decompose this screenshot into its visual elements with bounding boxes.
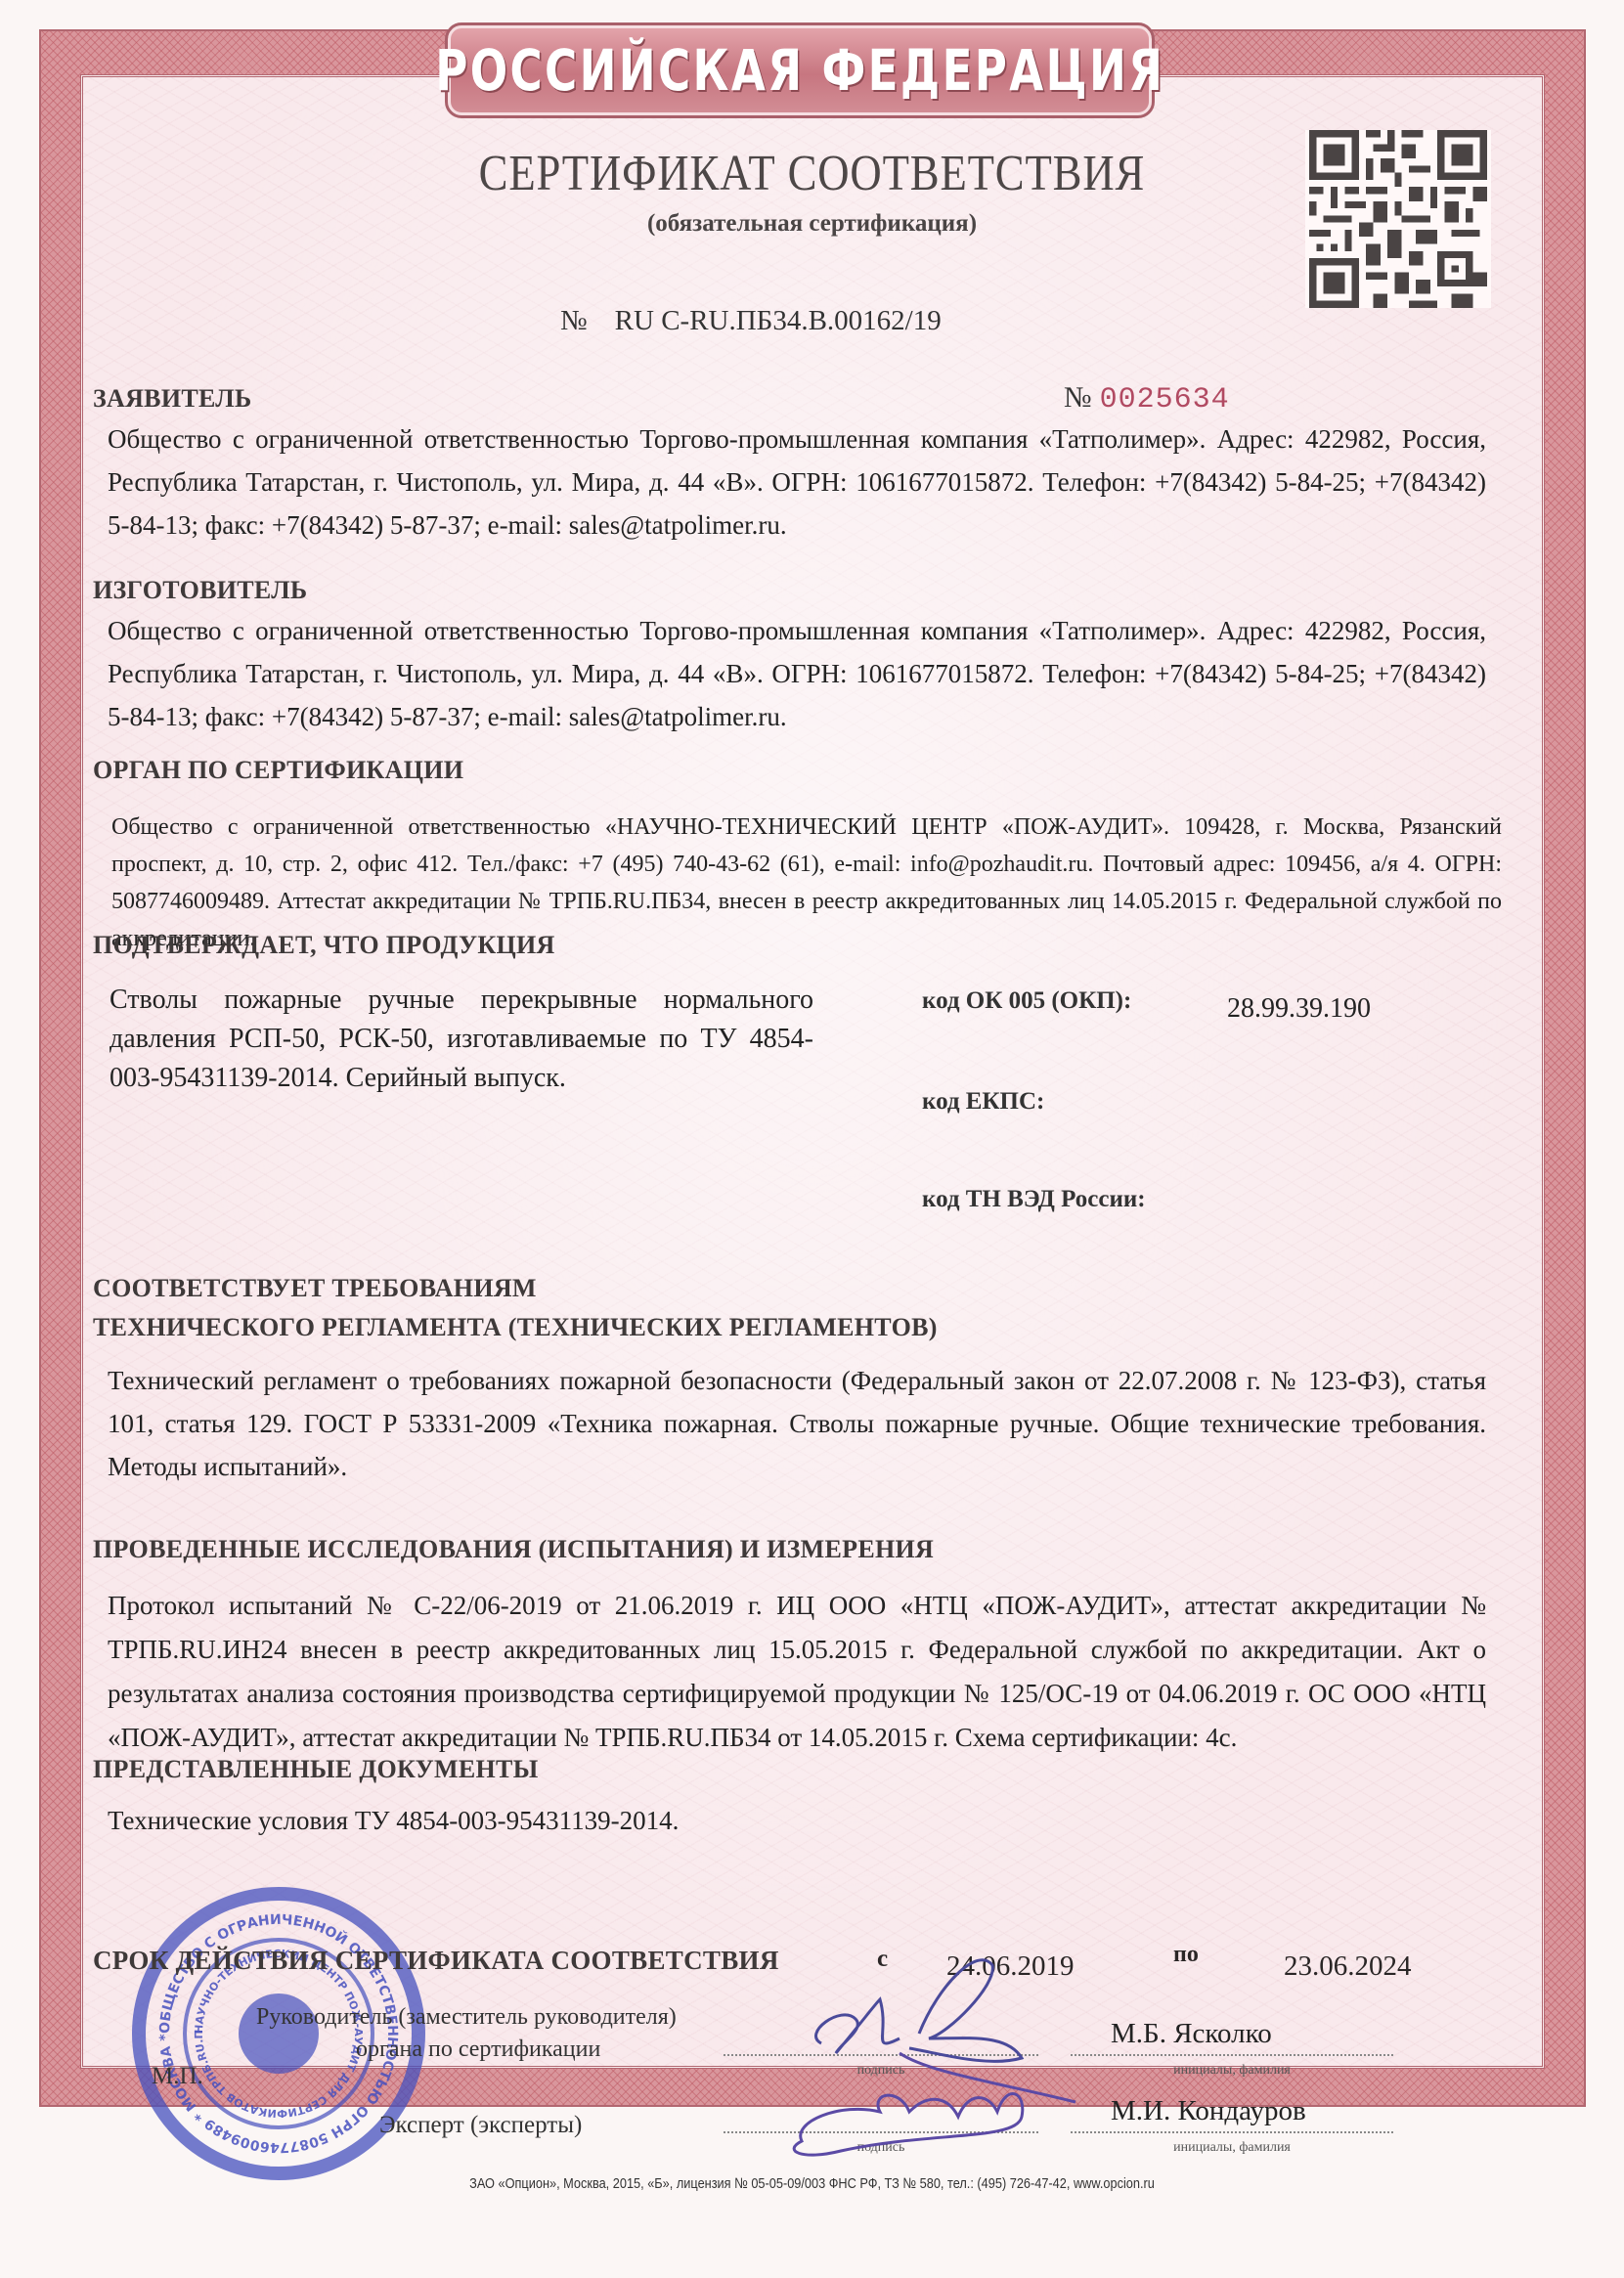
tests-heading: ПРОВЕДЕННЫЕ ИССЛЕДОВАНИЯ (ИСПЫТАНИЯ) И И… <box>93 1535 934 1564</box>
product-heading: ПОДТВЕРЖДАЕТ, ЧТО ПРОДУКЦИЯ <box>93 931 555 960</box>
number-sign: № <box>560 305 588 336</box>
handwritten-signatures-icon <box>782 1946 1095 2200</box>
blank-number: №0025634 <box>1064 381 1230 416</box>
manufacturer-details: Общество с ограниченной ответственностью… <box>108 609 1486 738</box>
qr-code-icon <box>1305 130 1491 308</box>
certificate-title: СЕРТИФИКАТ СООТВЕТСТВИЯ <box>113 145 1510 202</box>
expert-name-line <box>1071 2131 1393 2133</box>
requirements-heading-line2: ТЕХНИЧЕСКОГО РЕГЛАМЕНТА (ТЕХНИЧЕСКИХ РЕГ… <box>93 1313 938 1342</box>
expert-label: Эксперт (эксперты) <box>379 2112 582 2139</box>
country-banner: РОССИЙСКАЯ ФЕДЕРАЦИЯ <box>448 25 1152 115</box>
validity-heading: СРОК ДЕЙСТВИЯ СЕРТИФИКАТА СООТВЕТСТВИЯ <box>93 1946 779 1976</box>
certificate-number-value: RU C-RU.ПБ34.В.00162/19 <box>615 305 942 336</box>
certificate-number: №RU C-RU.ПБ34.В.00162/19 <box>560 305 942 337</box>
blank-number-value: 0025634 <box>1100 383 1230 416</box>
requirements-text: Технический регламент о требованиях пожа… <box>108 1359 1486 1488</box>
head-label-line1: Руководитель (заместитель руководителя) <box>256 2004 677 2031</box>
head-name: М.Б. Ясколко <box>1111 2018 1272 2050</box>
blank-number-sign: № <box>1064 381 1092 414</box>
head-name-caption: инициалы, фамилия <box>1071 2063 1393 2079</box>
okp-code-label: код ОК 005 (ОКП): <box>922 987 1131 1015</box>
stamp-place-label: М.П. <box>152 2063 203 2090</box>
ekps-code-label: код ЕКПС: <box>922 1088 1044 1116</box>
expert-name-caption: инициалы, фамилия <box>1071 2140 1393 2156</box>
okp-code-value: 28.99.39.190 <box>1227 993 1371 1025</box>
head-name-line <box>1071 2054 1393 2056</box>
validity-to-label: по <box>1173 1942 1199 1968</box>
validity-to-date: 23.06.2024 <box>1284 1950 1412 1983</box>
applicant-details: Общество с ограниченной ответственностью… <box>108 417 1486 547</box>
applicant-heading: ЗАЯВИТЕЛЬ <box>93 384 251 414</box>
head-label-line2: органа по сертификации <box>356 2037 600 2063</box>
stamp-ring-text: ОБЩЕСТВО С ОГРАНИЧЕННОЙ ОТВЕТСТВЕННОСТЬЮ… <box>146 1901 412 2167</box>
manufacturer-heading: ИЗГОТОВИТЕЛЬ <box>93 576 307 605</box>
tnved-code-label: код ТН ВЭД России: <box>922 1186 1146 1213</box>
certification-body-heading: ОРГАН ПО СЕРТИФИКАЦИИ <box>93 756 463 785</box>
tests-text: Протокол испытаний № С-22/06-2019 от 21.… <box>108 1584 1486 1760</box>
documents-heading: ПРЕДСТАВЛЕННЫЕ ДОКУМЕНТЫ <box>93 1755 539 1784</box>
product-description: Стволы пожарные ручные перекрывные норма… <box>110 981 813 1098</box>
documents-text: Технические условия ТУ 4854-003-95431139… <box>108 1799 1486 1842</box>
expert-name: М.И. Кондауров <box>1111 2095 1306 2127</box>
printer-imprint: ЗАО «Опцион», Москва, 2015, «Б», лицензи… <box>122 2175 1503 2192</box>
requirements-heading-line1: СООТВЕТСТВУЕТ ТРЕБОВАНИЯМ <box>93 1274 537 1303</box>
banner-text: РОССИЙСКАЯ ФЕДЕРАЦИЯ <box>435 37 1164 104</box>
